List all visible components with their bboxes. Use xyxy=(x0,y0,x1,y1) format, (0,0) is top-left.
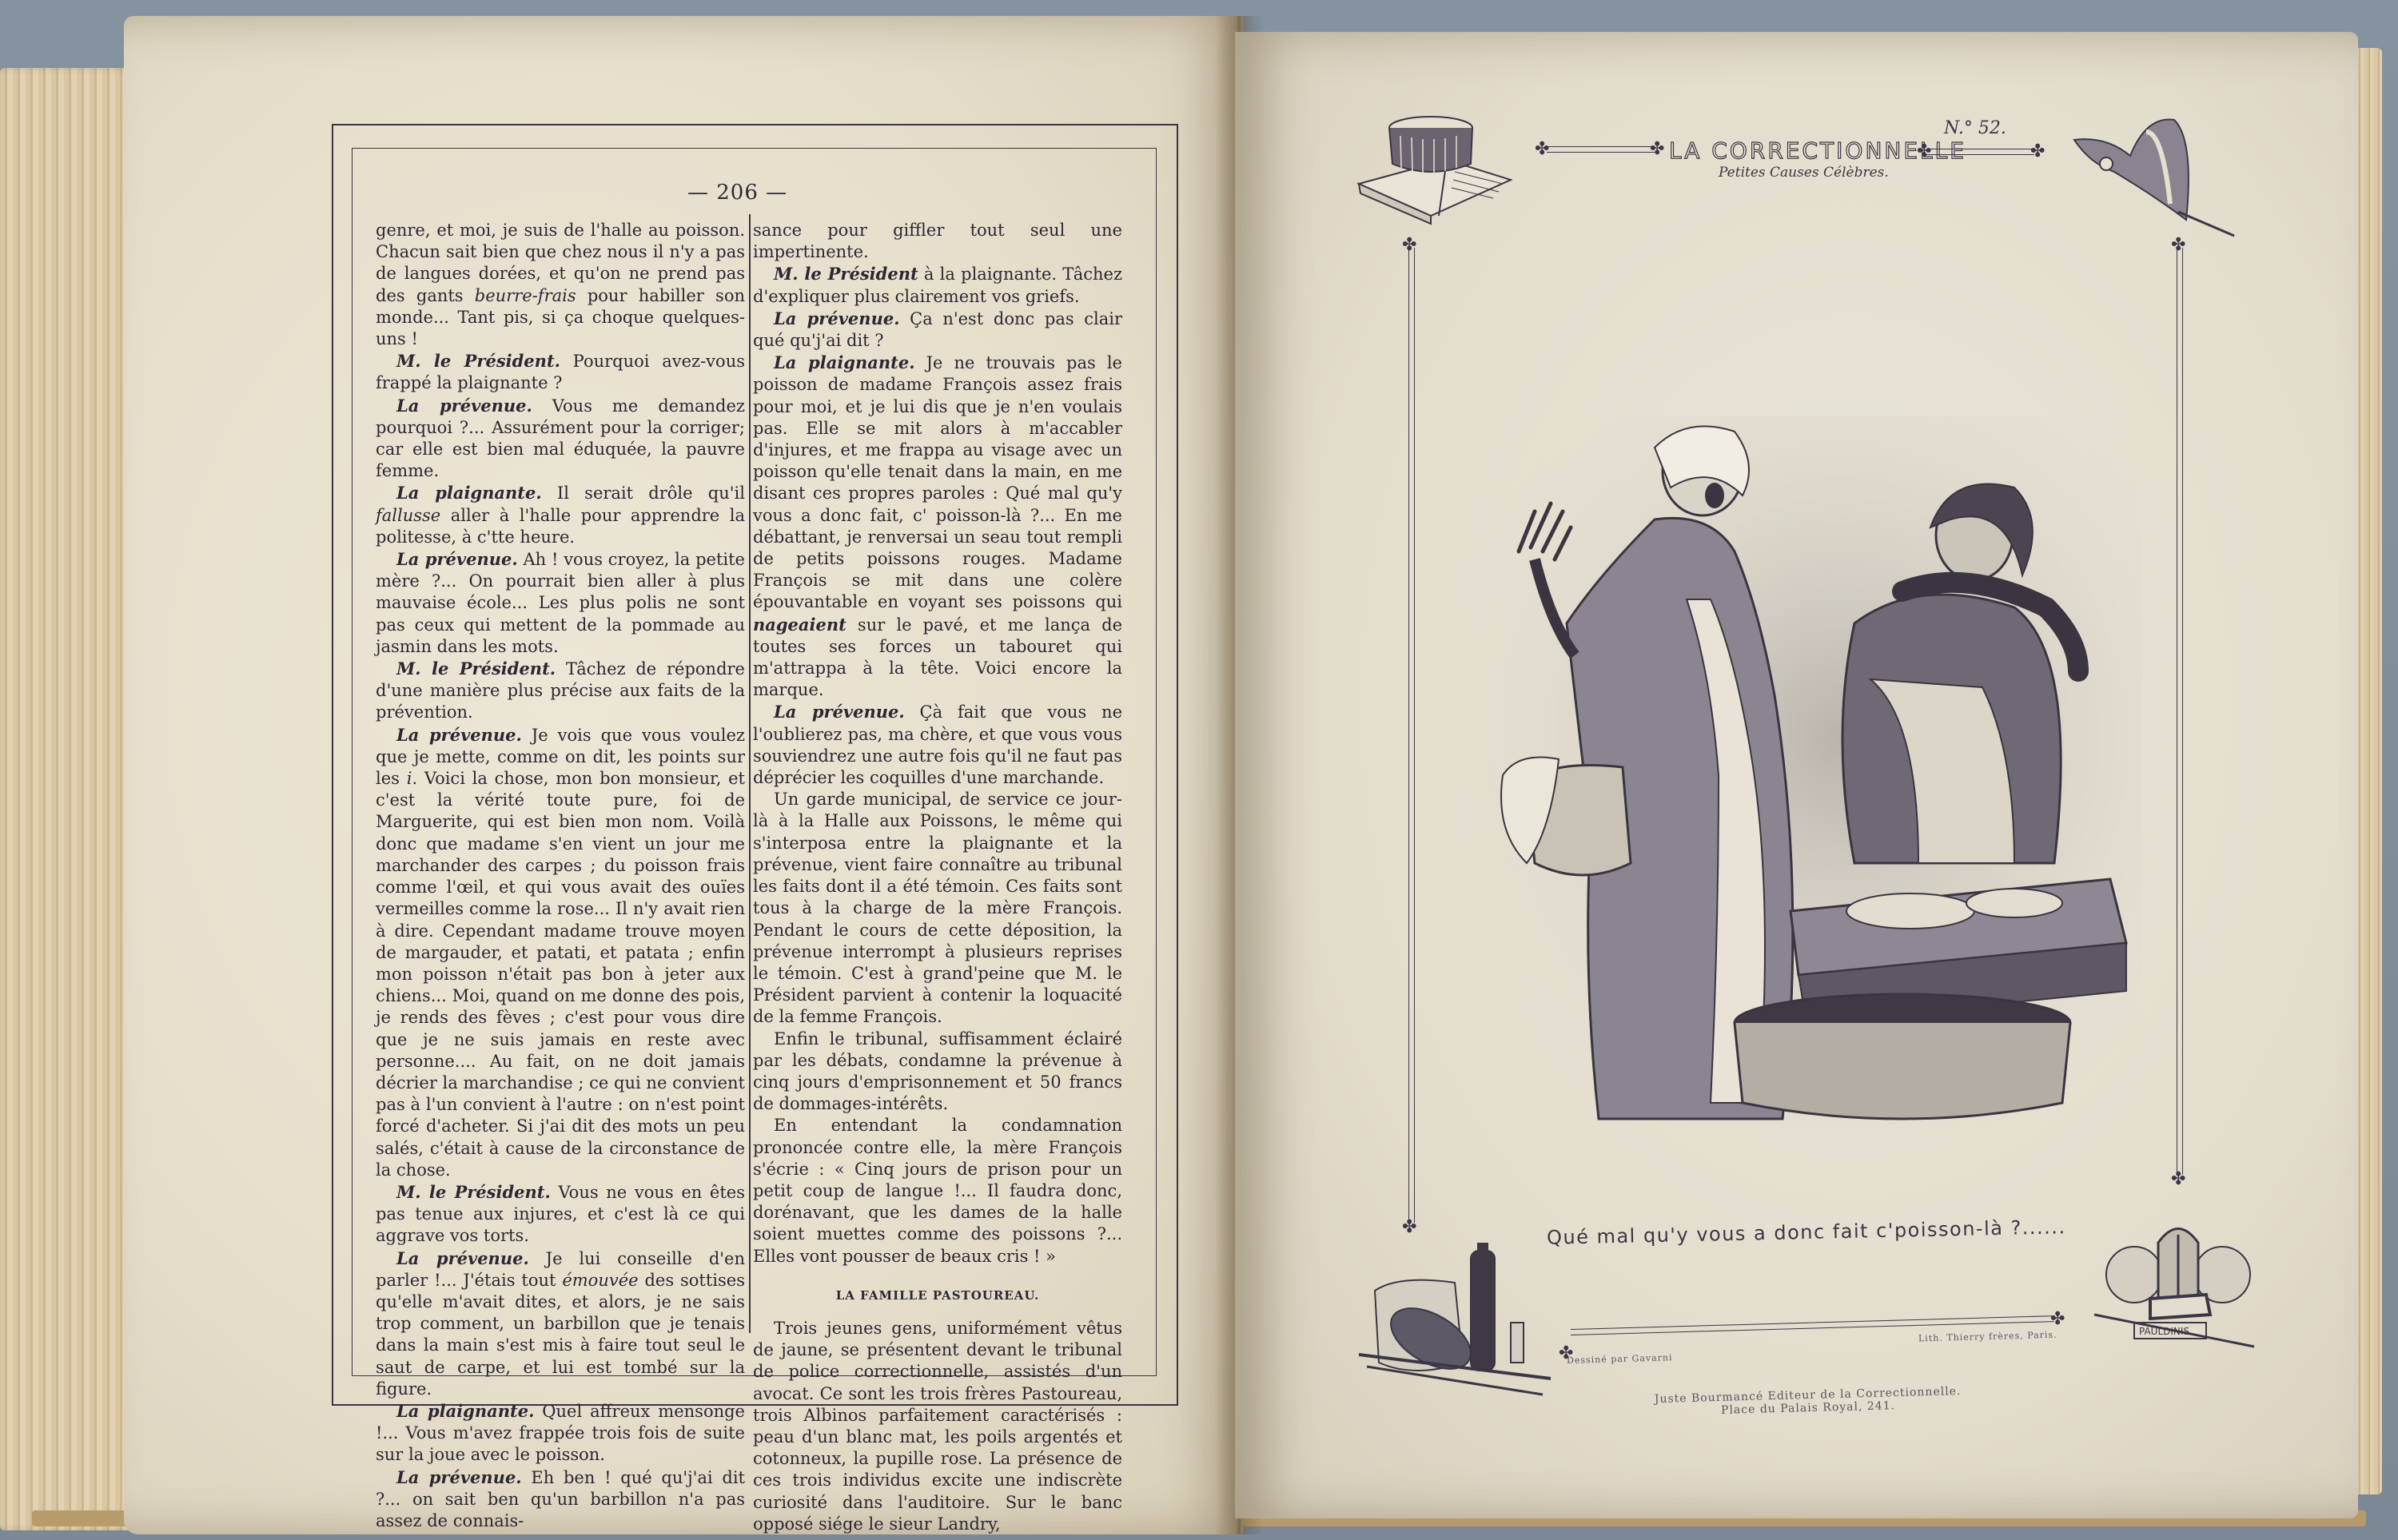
paragraph: La prévenue. Je vois que vous voulez que… xyxy=(376,724,745,1181)
paragraph: M. le Président à la plaignante. Tâchez … xyxy=(753,263,1122,307)
paragraph: La prévenue. Ça n'est donc pas clair qué… xyxy=(753,308,1122,352)
plate-frame-left xyxy=(1408,248,1415,1223)
lithograph-illustration xyxy=(1471,416,2142,1135)
paragraph: La prévenue. Ah ! vous croyez, la petite… xyxy=(376,548,745,658)
knot-ornament: ✤ xyxy=(1402,1219,1416,1236)
knot-ornament: ✤ xyxy=(2030,143,2045,161)
speaker-label: M. le Président. xyxy=(396,659,556,678)
speaker-label: La prévenue. xyxy=(396,396,532,416)
left-page-edges xyxy=(0,68,136,1530)
plate-frame-right xyxy=(2177,248,2183,1175)
speaker-label: M. le Président xyxy=(774,264,918,284)
cap-and-book-vignette xyxy=(1351,104,1543,232)
section-heading: LA FAMILLE PASTOUREAU. xyxy=(753,1285,1122,1307)
speaker-label: La prévenue. xyxy=(396,1248,529,1268)
speaker-label: La plaignante. xyxy=(396,483,542,503)
paragraph: La prévenue. Çà fait que vous ne l'oubli… xyxy=(753,701,1122,789)
series-subtitle: Petites Causes Célèbres. xyxy=(1719,165,1889,181)
speaker-label: La prévenue. xyxy=(396,549,518,569)
header-rule-left xyxy=(1547,146,1655,153)
paragraph: La plaignante. Quel affreux mensonge !..… xyxy=(376,1400,745,1466)
paragraph: La prévenue. Vous me demandez pourquoi ?… xyxy=(376,395,745,483)
knot-ornament: ✤ xyxy=(2171,237,2185,254)
column-divider xyxy=(749,214,751,1333)
speaker-label: M. le Président. xyxy=(396,1182,551,1202)
paragraph: M. le Président. Vous ne vous en êtes pa… xyxy=(376,1181,745,1248)
paragraph: genre, et moi, je suis de l'halle au poi… xyxy=(376,220,745,350)
speaker-label: La plaignante. xyxy=(396,1401,534,1421)
paragraph: La prévenue. Eh ben ! qué qu'j'ai dit ?.… xyxy=(376,1466,745,1533)
plate-number: N.° 52. xyxy=(1944,118,2006,138)
speaker-label: La prévenue. xyxy=(774,702,905,722)
speaker-label: M. le Président. xyxy=(396,351,560,371)
speaker-label: La prévenue. xyxy=(396,1467,522,1487)
knot-ornament: ✤ xyxy=(2050,1311,2065,1328)
paragraph: Trois jeunes gens, uniformément vêtus de… xyxy=(753,1318,1122,1535)
paragraph: sance pour giffler tout seul une imperti… xyxy=(753,220,1122,263)
paragraph: La plaignante. Je ne trouvais pas le poi… xyxy=(753,352,1122,701)
header-rule-right xyxy=(1926,149,2034,155)
page-number: — 206 — xyxy=(687,181,787,205)
bicorne-hat-vignette xyxy=(2058,108,2242,244)
paragraph: La prévenue. Je lui conseille d'en parle… xyxy=(376,1248,745,1400)
left-text-column: genre, et moi, je suis de l'halle au poi… xyxy=(376,220,745,1532)
speaker-label: La prévenue. xyxy=(396,725,522,745)
paragraph: Un garde municipal, de service ce jour-l… xyxy=(753,789,1122,1028)
knot-ornament: ✤ xyxy=(1402,237,1416,254)
right-text-column: sance pour giffler tout seul une imperti… xyxy=(753,220,1122,1535)
speaker-label: La prévenue. xyxy=(774,308,900,328)
paragraph: M. le Président. Pourquoi avez-vous frap… xyxy=(376,350,745,394)
paragraph: En entendant la condamnation prononcée c… xyxy=(753,1115,1122,1267)
speaker-label: La plaignante. xyxy=(774,352,915,372)
still-life-vignette xyxy=(1351,1243,1559,1403)
knot-ornament: ✤ xyxy=(1917,143,1931,161)
paragraph: La plaignante. Il serait drôle qu'il fal… xyxy=(376,482,745,548)
paragraph: Enfin le tribunal, suffisamment éclairé … xyxy=(753,1029,1122,1116)
knot-ornament: ✤ xyxy=(2171,1171,2185,1188)
helmet-and-bust-vignette: PAULDINIS xyxy=(2086,1211,2262,1363)
knot-ornament: ✤ xyxy=(1650,141,1664,158)
paragraph: M. le Président. Tâchez de répondre d'un… xyxy=(376,658,745,724)
